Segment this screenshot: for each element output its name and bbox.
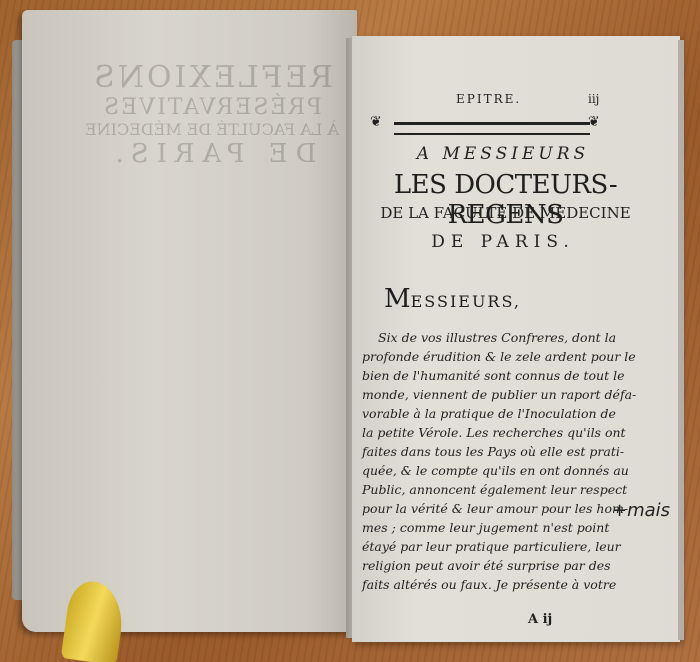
salutation: MESSIEURS, — [384, 284, 521, 314]
right-page-content: EPITRE. iij ❦ ❦ A MESSIEURS LES DOCTEURS… — [352, 36, 680, 642]
signature-mark: A ij — [528, 612, 552, 627]
dedication-line-3: DE LA FACULTÉ DE MEDECINE — [358, 204, 653, 222]
left-page: REFLEXIONS PRÉSERVATIVES À LA FACULTÉ DE… — [22, 10, 357, 632]
ornament-left-icon: ❦ — [370, 114, 382, 130]
decorative-rule — [394, 122, 590, 135]
dedication-line-1: A MESSIEURS — [358, 144, 648, 164]
handwritten-annotation: +mais — [612, 500, 670, 521]
ornament-right-icon: ❦ — [588, 114, 600, 130]
dedication-line-4: DE PARIS. — [358, 232, 648, 252]
body-text: Six de vos illustres Confreres, dont la … — [362, 328, 620, 594]
bleed-through-text: REFLEXIONS PRÉSERVATIVES À LA FACULTÉ DE… — [62, 50, 362, 169]
